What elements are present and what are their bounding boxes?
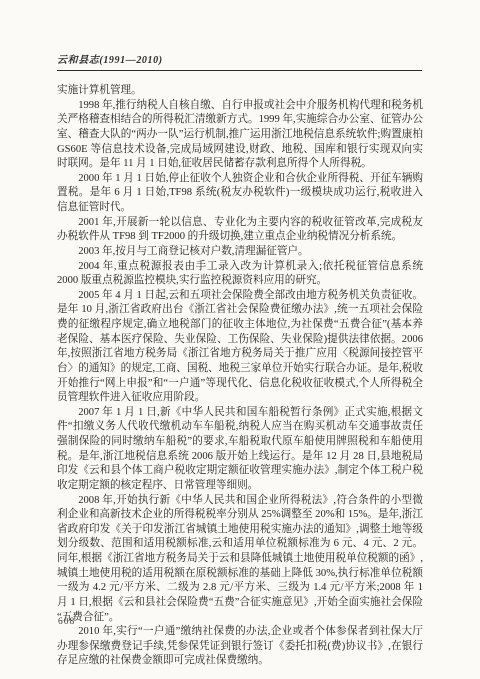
paragraph: 实施计算机管理。 <box>57 84 423 99</box>
paragraph: 2008 年,开始执行新《中华人民共和国企业所得税法》,符合条件的小型微利企业和… <box>57 494 423 626</box>
paragraph: 1998 年,推行纳税人自核自缴、自行申报或社会中介服务机构代理和税务机关严格稽… <box>57 99 423 172</box>
running-header: 云和县志(1991—2010) <box>57 51 422 66</box>
header-rule <box>57 70 422 71</box>
paragraph: 2010 年,实行“一户通”缴纳社保费的办法,企业或者个体参保者到社保大厅办理参… <box>57 625 423 669</box>
book-page: 云和县志(1991—2010) 实施计算机管理。 1998 年,推行纳税人自核自… <box>0 0 480 679</box>
paragraph: 2001 年,开展新一轮以信息、专业化为主要内容的税收征管改革,完成税友办税软件… <box>57 216 423 245</box>
running-header-title: 云和县志(1991—2010) <box>57 55 163 66</box>
page-number: 608 <box>58 617 75 627</box>
page-body: 实施计算机管理。 1998 年,推行纳税人自核自缴、自行申报或社会中介服务机构代… <box>57 84 423 669</box>
paragraph: 2005 年 4 月 1 日起,云和五项社会保险费全部改由地方税务机关负责征收。… <box>57 289 423 406</box>
paragraph: 2007 年 1 月 1 日,新《中华人民共和国车船税暂行条例》正式实施,根据文… <box>57 406 423 494</box>
paragraph: 2003 年,按月与工商登记核对户数,清理漏征管户。 <box>57 245 423 260</box>
paragraph: 2000 年 1 月 1 日始,停止征收个人独资企业和合伙企业所得税、开征车辆购… <box>57 172 423 216</box>
paragraph: 2004 年,重点税源报表由手工录入改为计算机录入;依托税征管信息系统 2000… <box>57 260 423 289</box>
